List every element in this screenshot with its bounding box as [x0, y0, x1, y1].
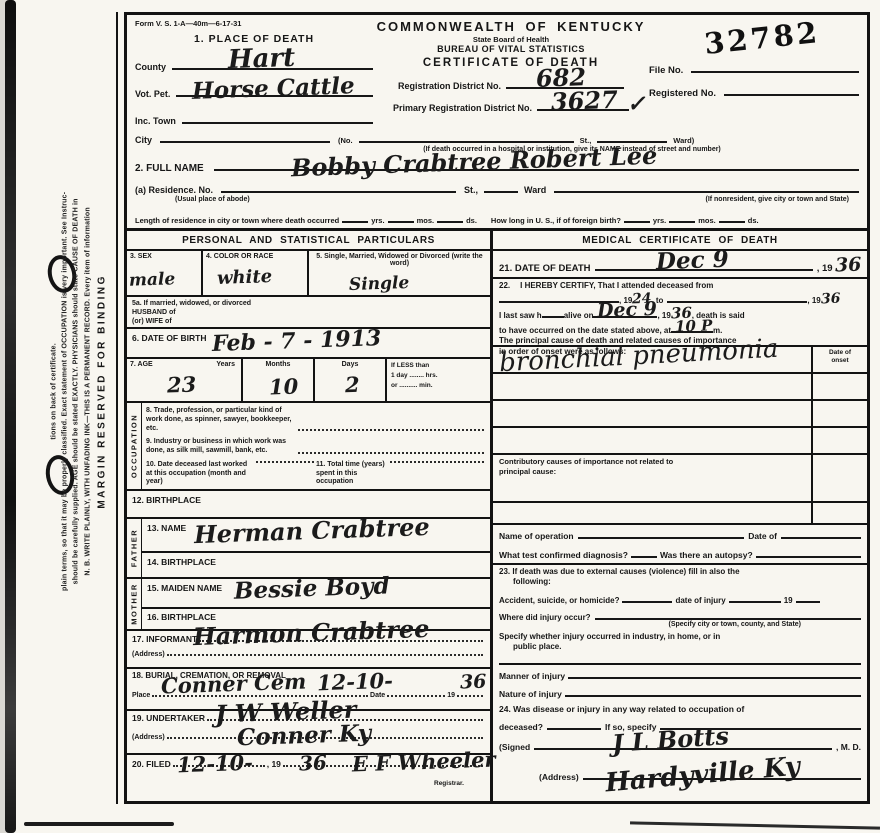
autopsy-label: Was there an autopsy? — [660, 550, 753, 560]
sex-field: 3. SEX male — [127, 251, 203, 295]
attended-to-blank — [667, 292, 807, 303]
industry-field: 9. Industry or business in which work wa… — [146, 438, 486, 456]
m-label: m. — [713, 326, 722, 337]
dod-year-value: 36 — [834, 256, 861, 276]
residence-ward-blank — [554, 182, 859, 193]
voting-precinct-label: Vot. Pet. — [135, 89, 170, 99]
informant-value: Harmon Crabtree — [193, 617, 430, 649]
primary-district-field: Primary Registration District No. 3627 ✓ — [373, 100, 649, 113]
mother-maiden-name-field: 15. MAIDEN NAME Bessie Boyd — [142, 579, 490, 609]
length-ds-label: ds. — [466, 216, 477, 225]
medical-certificate-column: MEDICAL CERTIFICATE OF DEATH 21. DATE OF… — [493, 231, 867, 801]
where-injury-label: Where did injury occur? — [499, 613, 591, 622]
occupation-related-line1: 24. Was disease or injury in any way rel… — [499, 704, 861, 716]
last-worked-label: 10. Date deceased last worked at this oc… — [146, 461, 254, 487]
certify-label: I HEREBY CERTIFY, That I attended deceas… — [520, 281, 713, 292]
burial-place-value: Conner Cem — [161, 670, 307, 696]
margin-note-line3: plain terms, so that it may be properly … — [60, 1, 71, 781]
howlong-yrs-label: yrs. — [653, 216, 666, 225]
nature-of-injury-field: Nature of injury — [493, 683, 867, 701]
occupation-body: 8. Trade, profession, or particular kind… — [142, 403, 490, 489]
alive-on-label: alive on — [564, 311, 594, 322]
specify-injury-field: Specify whether injury occurred in indus… — [493, 631, 867, 657]
last-worked-blank — [256, 461, 314, 463]
undertaker-address-label: (Address) — [132, 734, 165, 741]
age-label: 7. AGE — [130, 361, 153, 368]
board-subtitle: State Board of Health — [373, 35, 649, 44]
physician-address-field: (Address) Hardyville Ky — [493, 767, 867, 797]
onset-label-2: onset — [813, 357, 867, 365]
deceased-q-label: deceased? — [499, 722, 543, 734]
date-of-death-value: Dec 9 — [655, 248, 728, 274]
injury-date-blank — [729, 592, 781, 603]
voting-precinct-field: Vot. Pet. Horse Cattle — [135, 86, 373, 99]
father-vertical-text: FATHER — [130, 529, 139, 567]
city-ward-paren: Ward) — [673, 136, 694, 145]
registered-no-field: Registered No. — [649, 85, 859, 99]
age-days-field: Days 2 — [315, 359, 387, 401]
burial-place-label: Place — [132, 692, 150, 699]
accident-field: Accident, suicide, or homicide? date of … — [493, 591, 867, 609]
bureau-subtitle: BUREAU OF VITAL STATISTICS — [373, 44, 649, 54]
trade-blank — [298, 429, 484, 431]
months-label: Months — [266, 361, 291, 368]
burial-date-value: 12-10- — [317, 670, 394, 694]
filed-field: 20. FILED , 19 12-10- 36 E F Wheeler Reg… — [127, 755, 490, 797]
husband-of-label: HUSBAND of — [132, 308, 485, 317]
county-blank: Hart — [172, 59, 373, 70]
residence-ward-label: Ward — [524, 185, 546, 195]
file-number-block: 32782 File No. Registered No. — [649, 19, 859, 126]
residence-field: (a) Residence. No. St., Ward — [135, 182, 859, 195]
residence-st-label: St., — [464, 185, 478, 195]
howlong-label: How long in U. S., if of foreign birth? — [491, 216, 621, 225]
mother-maiden-name-label: 15. MAIDEN NAME — [147, 583, 222, 593]
filed-date-value: 12-10- — [177, 752, 254, 776]
specify-injury-line1: Specify whether injury occurred in indus… — [499, 632, 861, 642]
physician-address-label: (Address) — [539, 772, 579, 782]
residence-no-blank — [221, 182, 456, 193]
age-years-field: 7. AGE Years 23 — [127, 359, 243, 401]
scan-edge-artifact — [5, 0, 16, 833]
operation-date-blank — [781, 528, 861, 539]
city-no-blank — [359, 132, 574, 143]
specify-injury-line2: public place. — [499, 642, 861, 652]
burial-date-blank — [387, 695, 445, 697]
burial-year-blank — [457, 695, 483, 697]
sex-color-marital-row: 3. SEX male 4. COLOR OR RACE white 5. Si… — [127, 251, 490, 297]
howlong-ds-blank — [719, 212, 745, 223]
date-of-birth-value: Feb - 7 - 1913 — [212, 327, 382, 355]
total-time-field: 11. Total time (years) spent in this occ… — [316, 461, 486, 487]
where-injury-blank — [595, 609, 861, 620]
father-name-label: 13. NAME — [147, 523, 186, 533]
file-no-label: File No. — [649, 65, 683, 76]
occupation-vertical-text: OCCUPATION — [130, 414, 139, 478]
primary-district-blank: 3627 ✓ — [537, 100, 629, 111]
marital-value: Single — [349, 275, 410, 294]
informant-address-blank — [167, 654, 483, 656]
father-birthplace-field: 14. BIRTHPLACE — [142, 553, 490, 577]
nonresident-note: (If nonresident, give city or town and S… — [705, 196, 849, 203]
registration-district-label: Registration District No. — [398, 81, 501, 91]
where-injury-field: Where did injury occur? (Specify city or… — [493, 609, 867, 631]
abode-note: (Usual place of abode) — [175, 196, 250, 203]
registered-no-label: Registered No. — [649, 88, 716, 99]
primary-district-label: Primary Registration District No. — [393, 103, 532, 113]
color-race-value: white — [217, 268, 273, 288]
length-of-residence-field: Length of residence in city or town wher… — [135, 212, 859, 225]
last-worked-field: 10. Date deceased last worked at this oc… — [146, 461, 316, 487]
length-mos-label: mos. — [417, 216, 435, 225]
color-race-label: 4. COLOR OR RACE — [206, 253, 273, 260]
injury-year-blank — [796, 592, 820, 603]
date-of-death-blank: Dec 9 — [595, 260, 813, 271]
undertaker-address-value: Conner Ky — [237, 722, 372, 750]
father-name-field: 13. NAME Herman Crabtree — [142, 519, 490, 553]
total-time-blank — [390, 461, 484, 463]
injury-date-label: date of injury — [675, 596, 725, 605]
occupation-section: OCCUPATION 8. Trade, profession, or part… — [127, 403, 490, 491]
operation-date-label: Date of — [748, 531, 777, 541]
voting-precinct-value: Horse Cattle — [192, 74, 355, 103]
place-of-death-title: 1. PLACE OF DEATH — [135, 33, 373, 45]
total-time-label: 11. Total time (years) spent in this occ… — [316, 461, 388, 487]
check-mark: ✓ — [626, 93, 645, 116]
commonwealth-title: COMMONWEALTH OF KENTUCKY — [373, 19, 649, 34]
length-mos-blank — [388, 212, 414, 223]
age-less-than-day-field: If LESS than 1 day ........ hrs. or ....… — [387, 359, 490, 401]
lastsaw-19-label: , 19 — [657, 311, 670, 322]
city-no-paren: (No. — [338, 136, 353, 145]
margin-note-line4: tions on back of certificate. — [49, 1, 60, 781]
form-number: Form V. S. 1-A—40m—6-17-31 — [135, 19, 373, 28]
external-causes-line2: following: — [499, 577, 861, 587]
last-saw-date-value: Dec 9 — [597, 300, 658, 321]
inc-town-blank — [182, 113, 373, 124]
wife-of-label: (or) WIFE of — [132, 317, 485, 326]
manner-of-injury-field: Manner of injury — [493, 665, 867, 683]
less-than-line2: 1 day ........ hrs. — [391, 371, 486, 381]
city-label: City — [135, 135, 152, 145]
age-days-value: 2 — [345, 374, 360, 395]
date-of-death-field: 21. DATE OF DEATH Dec 9 , 19 36 — [493, 251, 867, 279]
margin-note-line2: should be carefully supplied. AGE should… — [71, 1, 82, 781]
burial-19-label: 19 — [447, 692, 455, 699]
margin-note-line1: N. B. WRITE PLAINLY, WITH UNFADING INK—T… — [82, 1, 93, 781]
informant-address-label: (Address) — [132, 651, 165, 658]
undertaker-label: 19. UNDERTAKER — [132, 713, 205, 723]
less-than-line1: If LESS than — [391, 361, 486, 371]
personal-particulars-column: PERSONAL AND STATISTICAL PARTICULARS 3. … — [127, 231, 493, 801]
last-worked-row: 10. Date deceased last worked at this oc… — [146, 461, 486, 487]
father-section: FATHER 13. NAME Herman Crabtree 14. BIRT… — [127, 519, 490, 579]
accident-blank — [622, 592, 672, 603]
dod-19-label: , 19 — [817, 263, 833, 274]
father-birthplace-label: 14. BIRTHPLACE — [147, 557, 216, 567]
length-yrs-blank — [342, 212, 368, 223]
mother-vertical-label: MOTHER — [127, 579, 142, 629]
him-her-blank — [542, 307, 564, 318]
to-19-label: , 19 — [807, 296, 820, 307]
scan-bottom-artifact — [24, 822, 174, 826]
where-specify-note: (Specify city or town, county, and State… — [499, 621, 861, 628]
certificate-frame: Form V. S. 1-A—40m—6-17-31 1. PLACE OF D… — [124, 12, 870, 804]
howlong-mos-blank — [669, 212, 695, 223]
birthplace-label: 12. BIRTHPLACE — [132, 495, 201, 505]
time-value: 10 P — [675, 318, 713, 334]
personal-particulars-title: PERSONAL AND STATISTICAL PARTICULARS — [127, 231, 490, 251]
county-label: County — [135, 62, 166, 72]
cause-of-death-section: bronchial pneumonia Contributory causes … — [493, 347, 867, 525]
mother-vertical-text: MOTHER — [130, 583, 139, 625]
md-label: , M. D. — [836, 742, 861, 752]
registered-no-blank — [724, 85, 859, 96]
nature-of-injury-label: Nature of injury — [499, 689, 562, 699]
certify-no: 22. — [499, 281, 510, 292]
days-label: Days — [342, 361, 359, 368]
date-of-onset-column: Date of onset — [811, 347, 867, 525]
accident-label: Accident, suicide, or homicide? — [499, 596, 619, 605]
mother-maiden-name-value: Bessie Boyd — [234, 574, 390, 602]
physician-signature: J L Botts — [611, 724, 729, 756]
file-no-blank — [691, 62, 859, 73]
howlong-mos-label: mos. — [698, 216, 716, 225]
marital-label: 5. Single, Married, Widowed or Divorced … — [316, 253, 482, 267]
father-vertical-label: FATHER — [127, 519, 142, 577]
certificate-header: Form V. S. 1-A—40m—6-17-31 1. PLACE OF D… — [127, 15, 867, 231]
certificate-stamp-number: 32782 — [703, 11, 861, 61]
years-label: Years — [216, 361, 235, 368]
signed-label: (Signed — [499, 742, 530, 752]
length-yrs-label: yrs. — [371, 216, 384, 225]
operation-field: Name of operation Date of — [493, 525, 867, 545]
filed-label: 20. FILED — [132, 759, 171, 769]
physician-address-blank: Hardyville Ky — [583, 769, 861, 780]
signed-blank: J L Botts — [534, 739, 832, 750]
test-autopsy-field: What test confirmed diagnosis? Was there… — [493, 545, 867, 565]
age-months-value: 10 — [269, 375, 299, 397]
nature-of-injury-blank — [565, 686, 861, 697]
to-label: to — [656, 296, 664, 307]
margin-binding-label: MARGIN RESERVED FOR BINDING — [96, 1, 107, 781]
certificate-title: CERTIFICATE OF DEATH — [373, 57, 649, 69]
filed-year-value: 36 — [299, 753, 328, 774]
residence-notes: (Usual place of abode) (If nonresident, … — [135, 195, 859, 203]
length-ds-blank — [437, 212, 463, 223]
voting-precinct-blank: Horse Cattle — [176, 86, 373, 97]
informant-label: 17. INFORMANT — [132, 634, 197, 644]
external-causes-field: 23. If death was due to external causes … — [493, 565, 867, 591]
inc-town-label: Inc. Town — [135, 116, 176, 126]
trade-field: 8. Trade, profession, or particular kind… — [146, 407, 486, 433]
onset-label-1: Date of — [813, 349, 867, 357]
residence-st-blank — [484, 182, 518, 193]
attended-to-year: 36 — [820, 291, 840, 306]
father-name-value: Herman Crabtree — [194, 515, 430, 547]
city-field: City (No. St., Ward) — [135, 132, 859, 145]
occupation-vertical-label: OCCUPATION — [127, 403, 142, 489]
residence-label: (a) Residence. No. — [135, 185, 213, 195]
injury-19-label: 19 — [784, 596, 793, 605]
color-race-field: 4. COLOR OR RACE white — [203, 251, 309, 295]
county-value: Hart — [228, 45, 296, 73]
married-to-label: 5a. If married, widowed, or divorced — [132, 299, 485, 308]
registrar-label: Registrar. — [434, 780, 464, 787]
operation-blank — [578, 528, 745, 539]
sex-value: male — [129, 271, 176, 290]
test-blank — [631, 547, 657, 558]
date-of-birth-label: 6. DATE OF BIRTH — [132, 333, 206, 343]
operation-label: Name of operation — [499, 531, 574, 541]
industry-label: 9. Industry or business in which work wa… — [146, 438, 296, 456]
registrar-signature: E F Wheeler — [352, 749, 496, 775]
binding-margin-text: tions on back of certificate. plain term… — [49, 1, 108, 781]
less-than-line3: or .......... min. — [391, 381, 486, 391]
full-name-field: 2. FULL NAME Bobby Crabtree Robert Lee — [135, 157, 859, 174]
married-to-field: 5a. If married, widowed, or divorced HUS… — [127, 297, 490, 329]
industry-blank — [298, 452, 484, 454]
autopsy-blank — [756, 547, 861, 558]
binding-rule — [116, 12, 118, 804]
deceased-q-blank — [547, 719, 601, 730]
external-causes-line1: 23. If death was due to external causes … — [499, 567, 861, 577]
city-blank — [160, 132, 330, 143]
full-name-label: 2. FULL NAME — [135, 163, 204, 174]
mother-birthplace-label: 16. BIRTHPLACE — [147, 612, 216, 622]
agency-block: COMMONWEALTH OF KENTUCKY State Board of … — [373, 19, 649, 126]
filed-19-label: , 19 — [267, 759, 281, 769]
county-field: County Hart — [135, 59, 373, 72]
length-label: Length of residence in city or town wher… — [135, 216, 339, 225]
full-name-blank: Bobby Crabtree Robert Lee — [214, 157, 859, 171]
howlong-yrs-blank — [624, 212, 650, 223]
date-of-birth-field: 6. DATE OF BIRTH Feb - 7 - 1913 — [127, 329, 490, 359]
burial-year-value: 36 — [459, 673, 486, 693]
contributory-line1: Contributory causes of importance not re… — [499, 457, 861, 467]
manner-of-injury-label: Manner of injury — [499, 671, 565, 681]
sex-label: 3. SEX — [130, 253, 152, 260]
place-of-death-block: Form V. S. 1-A—40m—6-17-31 1. PLACE OF D… — [135, 19, 373, 126]
last-saw-date-blank: Dec 9 — [593, 307, 657, 318]
file-no-field: File No. — [649, 62, 859, 76]
age-years-value: 23 — [167, 373, 197, 395]
inc-town-field: Inc. Town — [135, 113, 373, 126]
date-of-death-label: 21. DATE OF DEATH — [499, 263, 591, 274]
birthplace-field: 12. BIRTHPLACE — [127, 491, 490, 519]
primary-district-value: 3627 — [550, 88, 618, 114]
certify-block: 22. I HEREBY CERTIFY, That I attended de… — [493, 279, 867, 347]
time-blank: 10 P — [671, 322, 713, 333]
howlong-ds-label: ds. — [748, 216, 759, 225]
last-saw-label: I last saw h — [499, 311, 542, 322]
test-label: What test confirmed diagnosis? — [499, 550, 628, 560]
occurred-label: to have occurred on the date stated abov… — [499, 326, 671, 337]
age-months-field: Months 10 — [243, 359, 315, 401]
marital-field: 5. Single, Married, Widowed or Divorced … — [309, 251, 490, 295]
contributory-line2: principal cause: — [499, 467, 861, 477]
age-row: 7. AGE Years 23 Months 10 Days 2 If LESS… — [127, 359, 490, 403]
informant-field: 17. INFORMANT (Address) Harmon Crabtree — [127, 631, 490, 669]
manner-of-injury-blank — [568, 668, 861, 679]
trade-label: 8. Trade, profession, or particular kind… — [146, 407, 296, 433]
